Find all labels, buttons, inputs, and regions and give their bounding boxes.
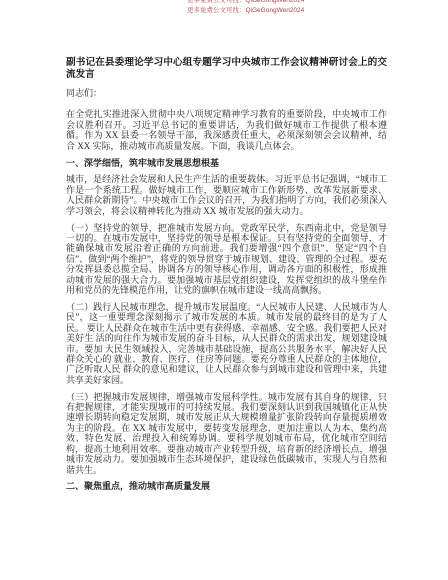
section-heading-1: 一、深学细悟，筑牢城市发展思想根基 xyxy=(66,158,387,168)
section-heading-2: 二、聚焦重点，推动城市高质量发展 xyxy=(66,481,387,491)
paragraph-section1-intro: 城市，是经济社会发展和人民生产生活的重要载体。习近平总书记强调，“城市工作是一个… xyxy=(66,174,387,216)
paragraph-opening: 在全党扎实推进深入贯彻中央八项规定精神学习教育的重要阶段，中央城市工作会议胜利召… xyxy=(66,109,387,151)
watermark-line-2: 更多免费公文可找：QiGeGongWen2024 xyxy=(187,6,304,16)
document-content: 副书记在县委理论学习中心组专题学习中央城市工作会议精神研讨会上的交流发言 同志们… xyxy=(66,57,387,498)
watermark: 更多免费公文可找：QiGeGongWen2024 更多免费公文可找：QiGeGo… xyxy=(187,0,304,16)
document-page: 更多免费公文可找：QiGeGongWen2024 更多免费公文可找：QiGeGo… xyxy=(0,0,448,580)
paragraph-point-2: （二）践行人民城市理念，提升城市发展温度。“人民城市人民建、人民城市为人民”，这… xyxy=(66,302,387,385)
document-title: 副书记在县委理论学习中心组专题学习中央城市工作会议精神研讨会上的交流发言 xyxy=(66,57,387,81)
paragraph-point-3: （三）把握城市发展规律，增强城市发展科学性。城市发展有其自身的规律，只有把握规律… xyxy=(66,392,387,475)
salutation: 同志们： xyxy=(66,88,387,98)
paragraph-point-1: （一）坚持党的领导，把准城市发展方向。党政军民学，东西南北中，党是领导一切的。在… xyxy=(66,223,387,296)
